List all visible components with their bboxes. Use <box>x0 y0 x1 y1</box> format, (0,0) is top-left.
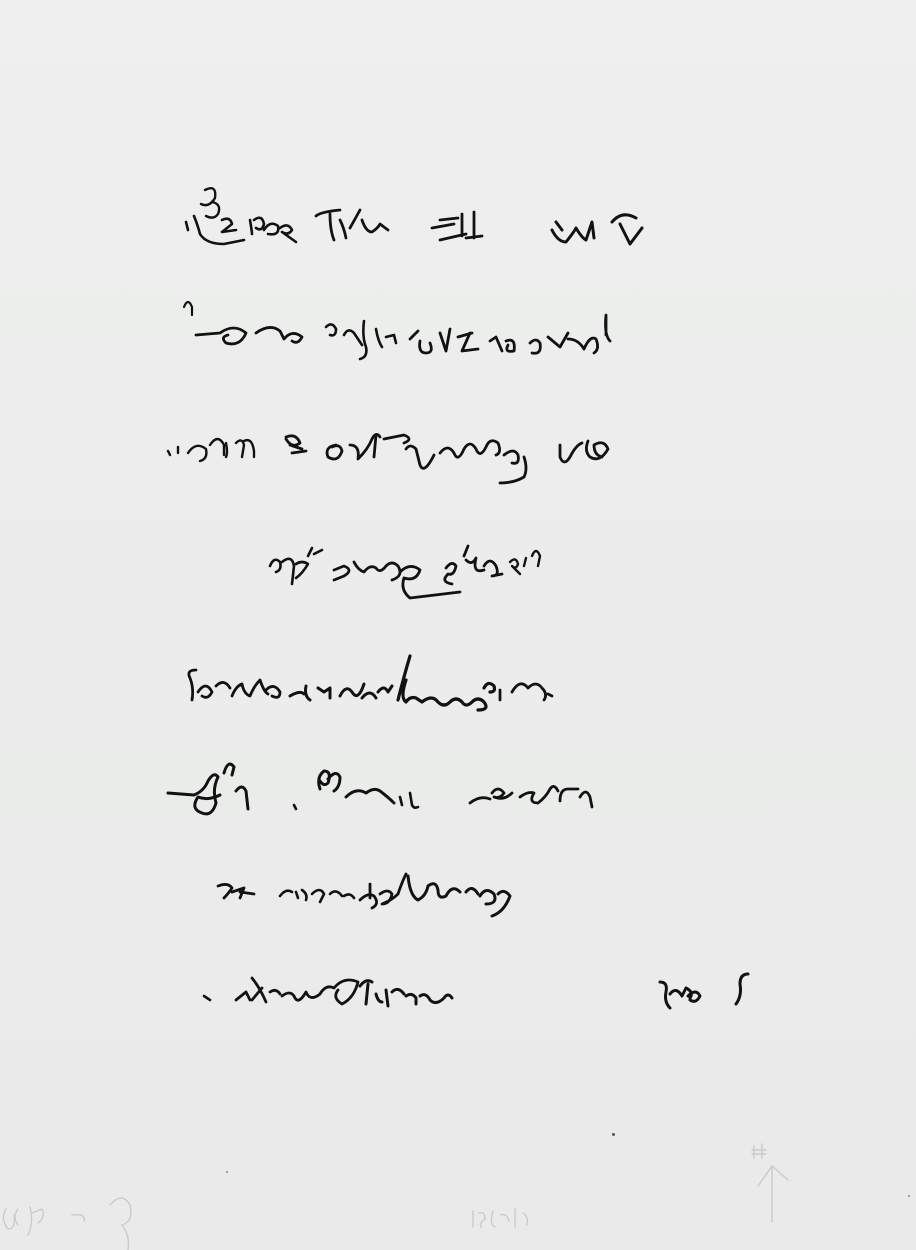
paper-speck <box>612 1133 615 1136</box>
ink-line-1: Ink line 1 <box>0 170 916 280</box>
pencil-edition-note: edition note (pencil, bottom center) <box>465 1205 545 1239</box>
ink-line-8: Ink line 8 <box>0 950 916 1030</box>
pencil-signature: signature (pencil, bottom left) <box>0 1195 140 1250</box>
ink-line-7: Ink line 7 <box>0 850 916 930</box>
pencil-orientation-arrow: H ↑ <box>750 1140 800 1234</box>
paper-speck <box>908 1195 910 1197</box>
ink-line-5: Ink line 5 <box>0 640 916 740</box>
ink-line-6: Ink line 6 <box>0 745 916 845</box>
paper-speck <box>226 1171 228 1173</box>
ink-line-4: Ink line 4 <box>0 520 916 610</box>
ink-line-3: Ink line 3 <box>0 405 916 495</box>
ink-line-2: Ink line 2 <box>0 285 916 385</box>
